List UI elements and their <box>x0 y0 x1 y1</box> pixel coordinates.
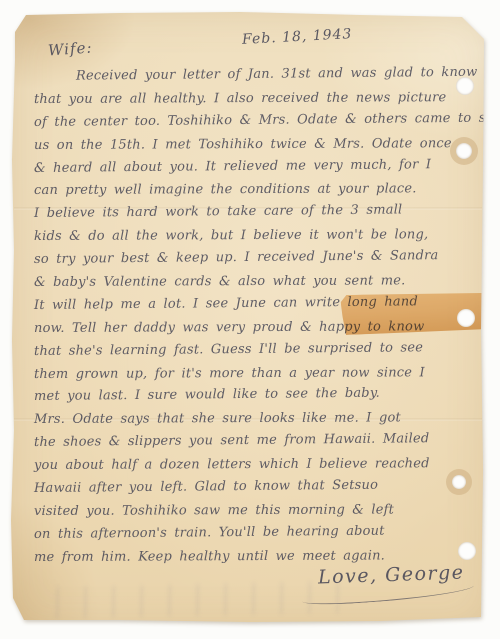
letter-line: that she's learning fast. Guess I'll be … <box>34 336 476 363</box>
letter-paper: Wife: Feb. 18, 1943 Received your letter… <box>0 0 500 639</box>
letter-line: on this afternoon's train. You'll be hea… <box>34 520 476 547</box>
punch-hole <box>456 77 474 95</box>
letter-line: I believe its hard work to take care of … <box>34 199 476 226</box>
ink-bleed-through <box>44 581 345 619</box>
paper-shadow: Wife: Feb. 18, 1943 Received your letter… <box>0 0 500 639</box>
letter-line: met you last. I sure would like to see t… <box>34 382 476 409</box>
letter-line: Hawaii after you left. Glad to know that… <box>34 474 476 501</box>
letter-line: of the center too. Toshihiko & Mrs. Odat… <box>34 108 476 135</box>
scanned-letter: Wife: Feb. 18, 1943 Received your letter… <box>0 0 500 639</box>
punch-hole <box>456 143 472 159</box>
letter-line: Received your letter of Jan. 31st and wa… <box>34 62 476 89</box>
letter-line: the shoes & slippers you sent me from Ha… <box>34 428 476 455</box>
letter-line: & heard all about you. It relieved me ve… <box>34 153 476 180</box>
salutation: Wife: <box>47 38 93 59</box>
punch-hole <box>452 475 466 489</box>
punch-hole <box>458 542 476 560</box>
letter-date: Feb. 18, 1943 <box>242 26 353 48</box>
punch-hole <box>457 309 475 327</box>
letter-line: so try your best & keep up. I received J… <box>34 245 476 272</box>
